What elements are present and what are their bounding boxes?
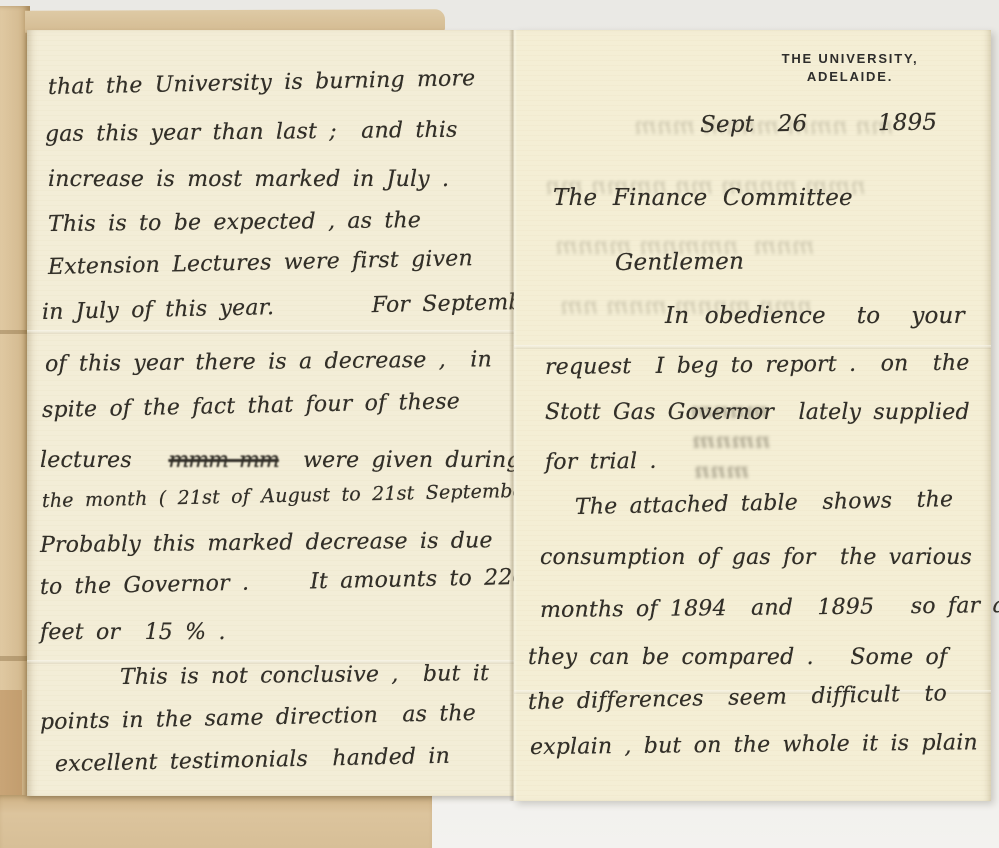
- handwriting-line: This is to be expected , as the: [48, 208, 421, 237]
- crossed-out-word: mmm mm: [168, 448, 278, 473]
- handwriting-line: request I beg to report . on the: [545, 351, 970, 380]
- envelope-fold-line: [0, 656, 30, 661]
- handwriting-line: months of 1894 and 1895 so far as: [540, 593, 999, 623]
- horizontal-crease: [514, 345, 991, 349]
- handwriting-line: Stott Gas Governor lately supplied: [545, 400, 970, 425]
- handwriting-line: that the University is burning more: [48, 66, 476, 100]
- handwriting-line: to the Governor . It amounts to 2200: [40, 565, 541, 600]
- handwriting-line: the differences seem difficult to: [528, 681, 947, 715]
- letterhead: THE UNIVERSITY, ADELAIDE.: [740, 50, 960, 86]
- bleed-through-ghost-smudge: mnn: [694, 458, 749, 484]
- recipient-line: The Finance Committee: [553, 185, 853, 211]
- handwriting-line: The attached table shows the: [575, 487, 954, 520]
- text-after-strike: were given during: [303, 448, 521, 473]
- handwriting-line: Probably this marked decrease is due: [40, 528, 493, 558]
- letter-page-1: mn nmm mnnm mnm nmm mnnm mn nmmn mn mnm …: [514, 30, 991, 801]
- horizontal-crease: [27, 330, 514, 334]
- spacer: [132, 448, 169, 473]
- handwriting-line: Extension Lectures were first given: [48, 246, 473, 280]
- handwriting-line: This is not conclusive , but it: [120, 661, 489, 690]
- letter-page-2: that the University is burning more gas …: [27, 30, 514, 796]
- handwriting-line: for trial .: [545, 449, 657, 475]
- handwriting-line: consumption of gas for the various: [540, 545, 972, 570]
- handwriting-line: points in the same direction as the: [40, 701, 476, 735]
- bleed-through-ghost-smudge: nmnm: [692, 428, 771, 454]
- envelope-fold-line: [0, 330, 30, 334]
- handwriting-line: excellent testimonials handed in: [55, 744, 451, 777]
- handwriting-line: in July of this year. For September: [42, 289, 547, 325]
- letterhead-line-1: THE UNIVERSITY,: [740, 50, 960, 68]
- spacer: [279, 448, 303, 473]
- handwriting-line: In obedience to your: [665, 303, 965, 329]
- envelope-paper-bottom-edge: [0, 795, 432, 848]
- handwriting-line: explain , but on the whole it is plain: [530, 730, 978, 760]
- center-fold-crease: [509, 30, 517, 801]
- scanned-letter: that the University is burning more gas …: [0, 0, 999, 848]
- salutation-line: Gentlemen: [615, 249, 744, 276]
- text-before-strike: lectures: [40, 448, 132, 473]
- handwriting-line-with-strikeout: lectures mmm mm were given during: [40, 448, 521, 473]
- letterhead-line-2: ADELAIDE.: [740, 68, 960, 86]
- handwriting-line: the month ( 21st of August to 21st Septe…: [42, 479, 570, 512]
- handwriting-line: spite of the fact that four of these: [42, 389, 460, 423]
- handwriting-line: feet or 15 % .: [40, 620, 226, 645]
- handwriting-line: gas this year than last ; and this: [45, 118, 458, 147]
- date-line: Sept 26 1895: [700, 110, 937, 138]
- handwriting-line: they can be compared . Some of: [528, 645, 947, 670]
- handwriting-line: of this year there is a decrease , in: [45, 347, 492, 377]
- handwriting-line: increase is most marked in July .: [48, 167, 449, 192]
